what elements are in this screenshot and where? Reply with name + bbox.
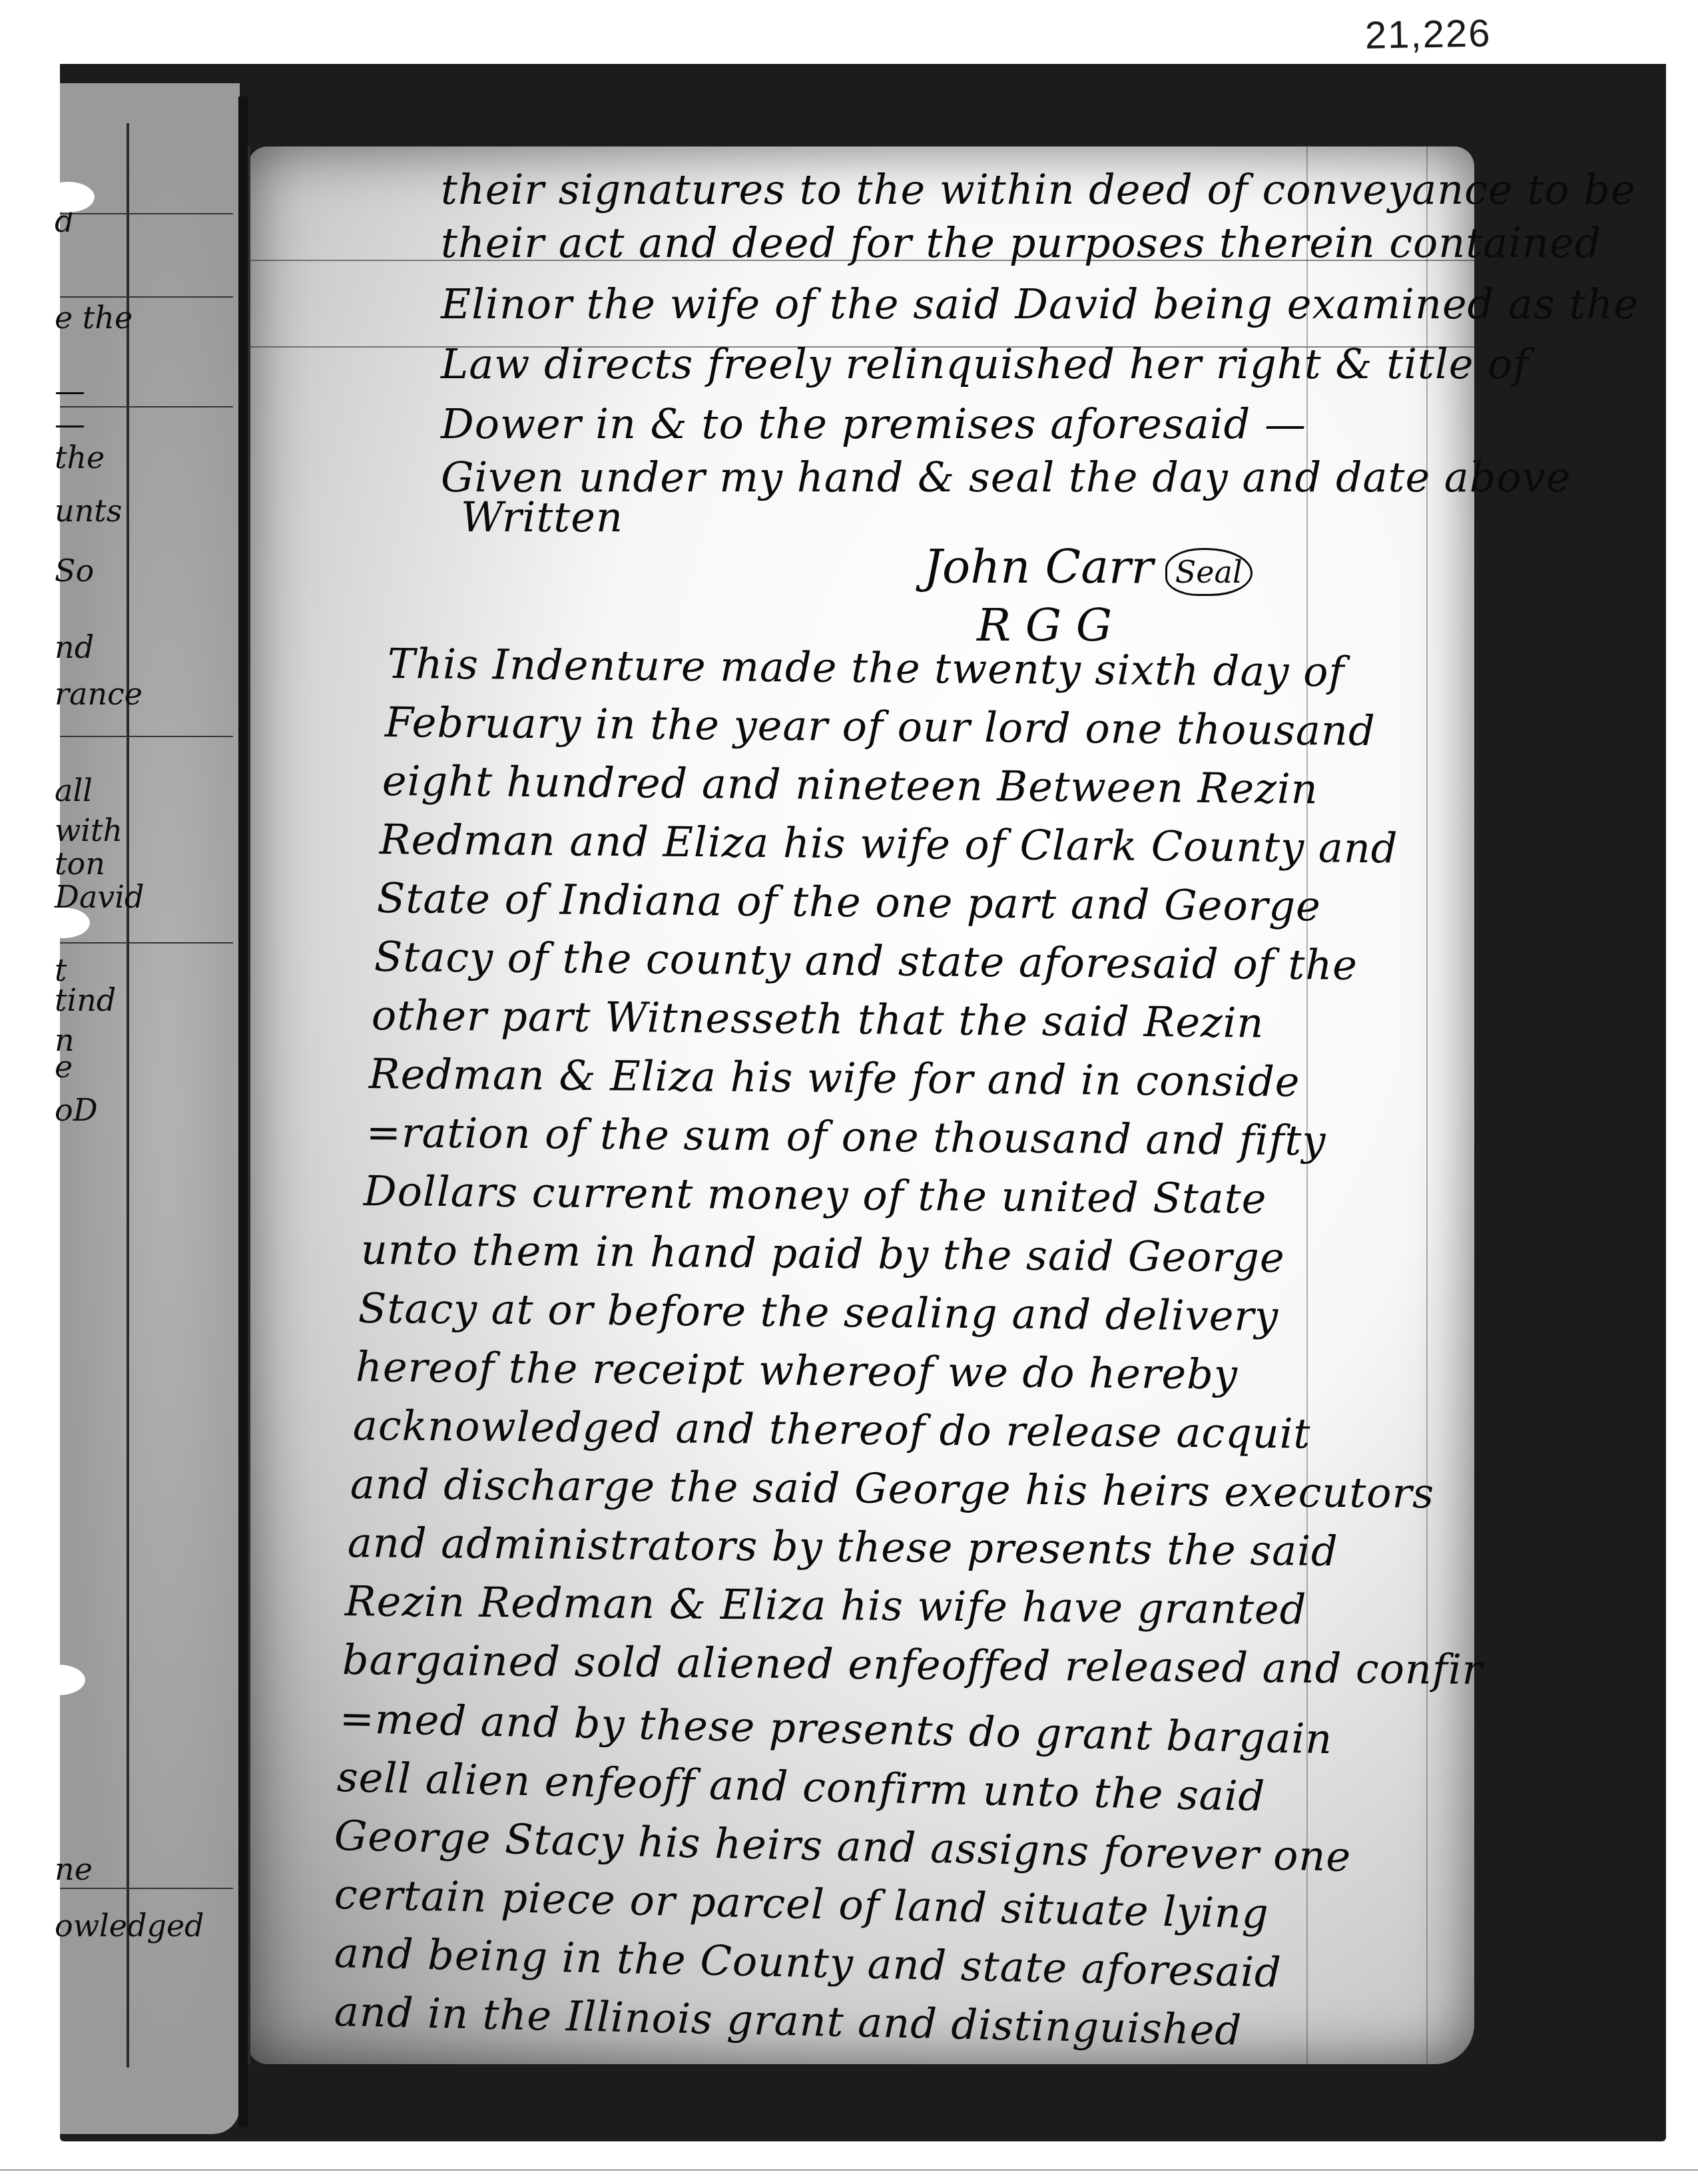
margin-fragment: tind [55, 982, 116, 1018]
punch-hole [37, 908, 90, 938]
margin-fragment: the [55, 439, 105, 475]
handwritten-line: their signatures to the within deed of c… [441, 165, 1636, 214]
book-binding-gutter [238, 97, 248, 2127]
margin-fragment: — [55, 406, 85, 442]
signer-name: John Carr [924, 539, 1153, 594]
margin-fragment: nd [55, 629, 94, 665]
handwritten-line: Law directs freely relinquished her righ… [441, 340, 1529, 388]
left-facing-page: nde the——theuntsSondranceallwithtonDavid… [60, 83, 240, 2134]
handwritten-line: acknowledged and thereof do release acqu… [353, 1401, 1311, 1458]
margin-fragment: rance [55, 676, 142, 712]
ruled-column [1426, 146, 1428, 2064]
handwritten-line: and being in the County and state afores… [334, 1928, 1282, 1997]
handwritten-line: =med and by these presents do grant barg… [339, 1694, 1333, 1763]
deed-page: their signatures to the within deed of c… [248, 146, 1474, 2064]
margin-fragment: ne [55, 1851, 93, 1887]
margin-fragment: unts [55, 493, 122, 529]
handwritten-line: unto them in hand paid by the said Georg… [361, 1225, 1285, 1282]
margin-fragment: all [55, 772, 93, 808]
handwritten-line: and administrators by these presents the… [348, 1518, 1338, 1575]
handwritten-line: Elinor the wife of the said David being … [441, 280, 1639, 328]
reference-number: 21,226 [1364, 11, 1492, 57]
ruled-line [60, 736, 233, 737]
page-left-edge [248, 146, 250, 2064]
ruled-line [60, 1888, 233, 1889]
handwritten-line: Redman and Eliza his wife of Clark Count… [380, 815, 1398, 872]
margin-fragment: oD [55, 1092, 98, 1128]
signature: John CarrSeal [924, 539, 1253, 596]
ruled-line [60, 406, 233, 408]
handwritten-line: =ration of the sum of one thousand and f… [366, 1108, 1326, 1165]
margin-fragment: e the [55, 300, 133, 336]
handwritten-line: Written [461, 493, 623, 541]
handwritten-line: bargained sold aliened enfeoffed release… [342, 1635, 1483, 1694]
margin-fragment: — [55, 373, 85, 409]
handwritten-line: George Stacy his heirs and assigns forev… [334, 1811, 1352, 1881]
handwritten-line: Dower in & to the premises aforesaid — [441, 400, 1306, 448]
handwritten-line: Rezin Redman & Eliza his wife have grant… [345, 1577, 1307, 1634]
margin-fragment: owledged [55, 1908, 204, 1944]
margin-fragment: So [55, 553, 94, 589]
handwritten-line: and discharge the said George his heirs … [350, 1460, 1435, 1517]
handwritten-line: Stacy at or before the sealing and deliv… [358, 1284, 1279, 1340]
handwritten-line: Dollars current money of the united Stat… [364, 1167, 1267, 1223]
margin-fragment: with [55, 812, 123, 848]
ruled-line [60, 296, 233, 298]
scan-bottom-edge [0, 2169, 1698, 2171]
handwritten-line: sell alien enfeoff and confirm unto the … [336, 1753, 1266, 1820]
seal-mark: Seal [1165, 548, 1253, 596]
handwritten-line: their act and deed for the purposes ther… [441, 218, 1601, 267]
handwritten-line: This Indenture made the twenty sixth day… [388, 639, 1345, 696]
handwritten-line: hereof the receipt whereof we do hereby [356, 1342, 1239, 1399]
handwritten-line: certain piece or parcel of land situate … [334, 1870, 1269, 1938]
ruled-line [60, 213, 233, 214]
margin-rule [127, 123, 129, 2067]
handwritten-line: State of Indiana of the one part and Geo… [377, 874, 1321, 930]
handwritten-line: Stacy of the county and state aforesaid … [374, 932, 1358, 989]
handwritten-line: eight hundred and nineteen Between Rezin [382, 756, 1318, 813]
punch-hole [32, 1665, 85, 1695]
punch-hole [41, 182, 95, 212]
handwritten-line: other part Witnesseth that the said Rezi… [372, 991, 1265, 1047]
handwritten-line: February in the year of our lord one tho… [385, 698, 1376, 755]
ruled-column [1306, 146, 1308, 2064]
margin-fragment: ton [55, 846, 105, 882]
margin-fragment: e [55, 1049, 73, 1085]
handwritten-line: and in the Illinois grant and distinguis… [334, 1987, 1243, 2055]
handwritten-line: Redman & Eliza his wife for and in consi… [369, 1049, 1300, 1106]
ruled-line [60, 942, 233, 944]
